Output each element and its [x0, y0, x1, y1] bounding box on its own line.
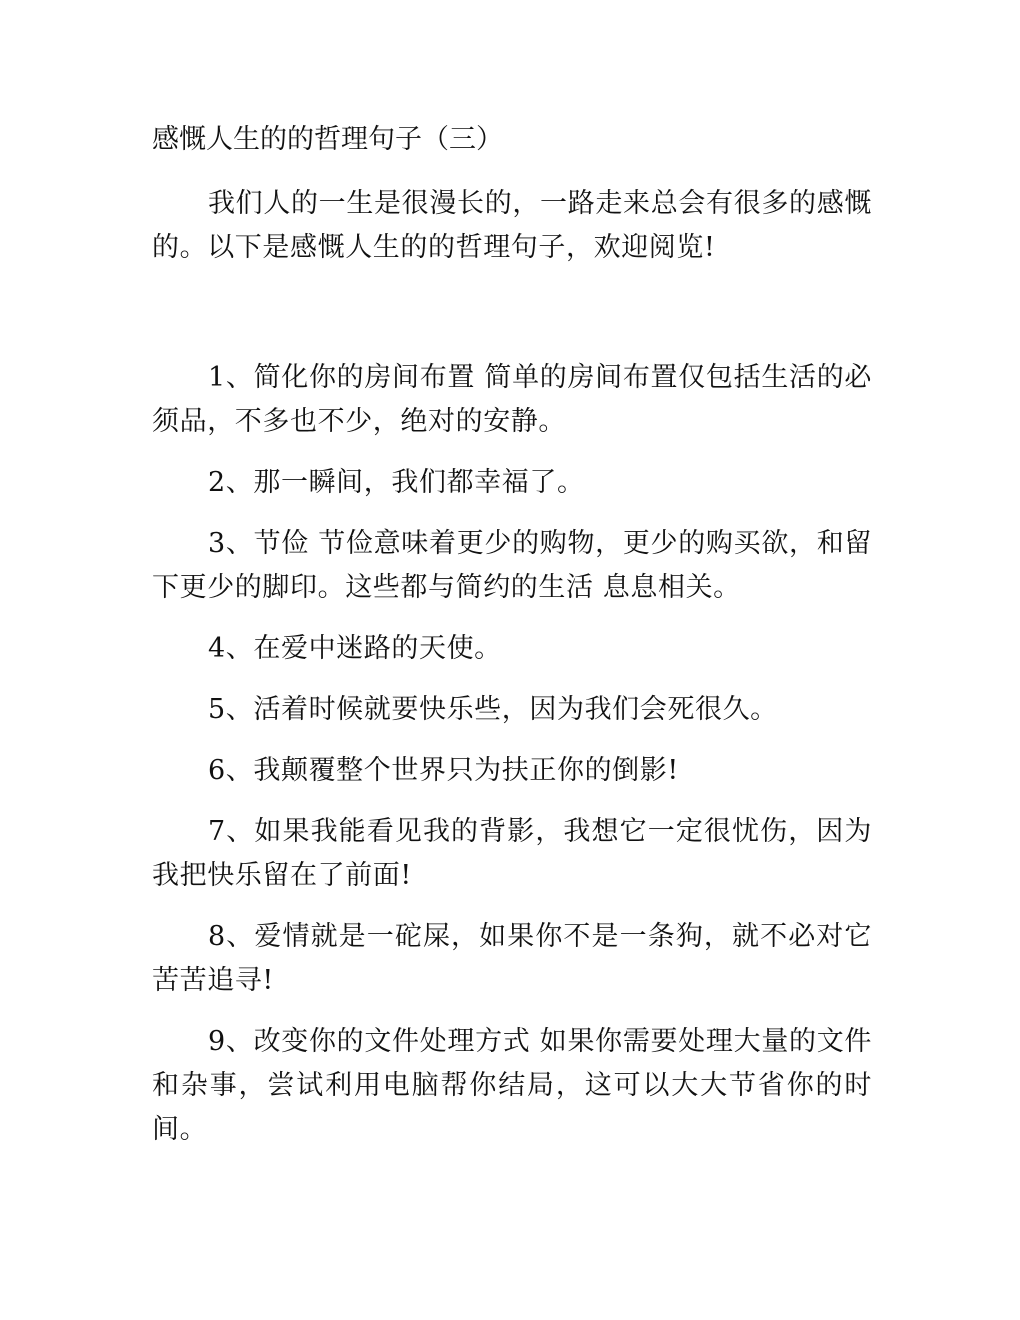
intro-paragraph: 我们人的一生是很漫长的，一路走来总会有很多的感慨的。以下是感慨人生的的哲理句子，…	[152, 182, 872, 270]
document-title: 感慨人生的的哲理句子（三）	[152, 120, 872, 160]
quote-item-9: 9、改变你的文件处理方式 如果你需要处理大量的文件和杂事，尝试利用电脑帮你结局，…	[152, 1020, 872, 1152]
quote-item-7: 7、如果我能看见我的背影，我想它一定很忧伤，因为我把快乐留在了前面!	[152, 810, 872, 898]
quote-item-8: 8、爱情就是一砣屎，如果你不是一条狗，就不必对它苦苦追寻!	[152, 915, 872, 1003]
quote-item-6: 6、我颠覆整个世界只为扶正你的倒影!	[152, 749, 872, 793]
quote-item-4: 4、在爱中迷路的天使。	[152, 627, 872, 671]
quote-item-2: 2、那一瞬间，我们都幸福了。	[152, 461, 872, 505]
quote-item-3: 3、节俭 节俭意味着更少的购物，更少的购买欲，和留下更少的脚印。这些都与简约的生…	[152, 522, 872, 610]
quote-item-1: 1、简化你的房间布置 简单的房间布置仅包括生活的必须品，不多也不少，绝对的安静。	[152, 356, 872, 444]
document-page: 感慨人生的的哲理句子（三） 我们人的一生是很漫长的，一路走来总会有很多的感慨的。…	[152, 120, 872, 1169]
quote-item-5: 5、活着时候就要快乐些，因为我们会死很久。	[152, 688, 872, 732]
